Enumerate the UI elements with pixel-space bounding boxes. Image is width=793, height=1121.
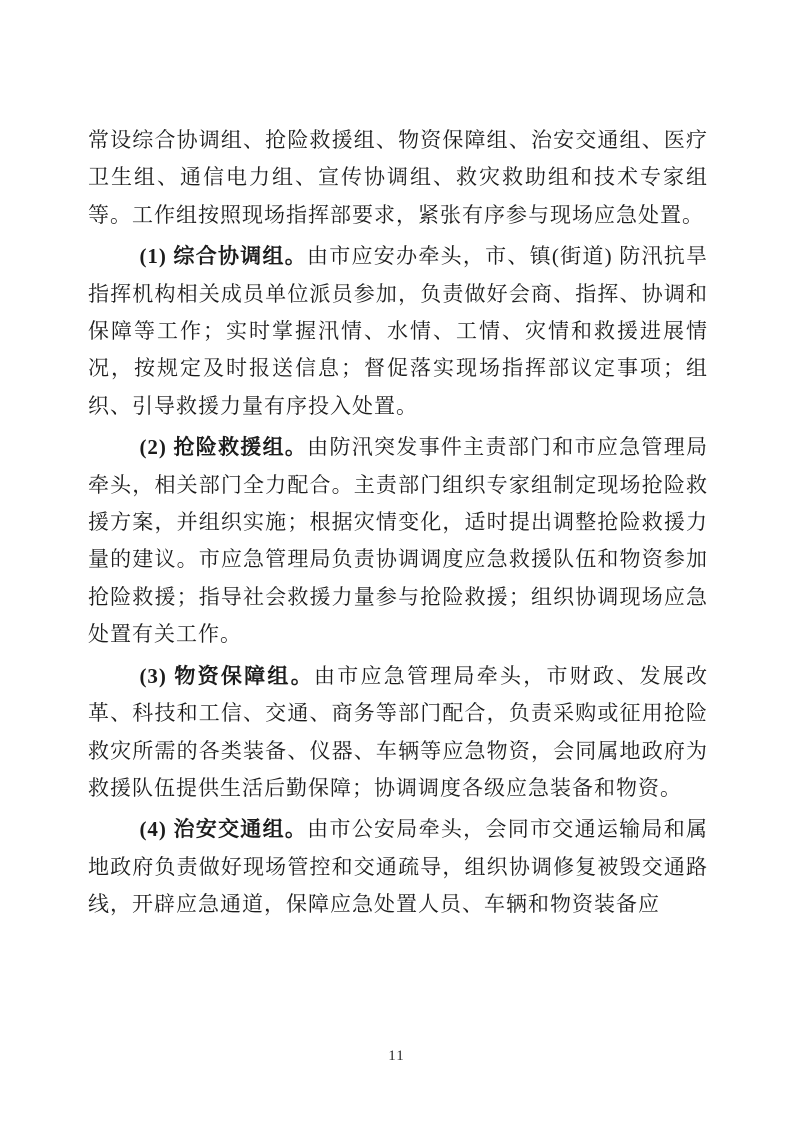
- document-body: 常设综合协调组、抢险救援组、物资保障组、治安交通组、医疗卫生组、通信电力组、宣传…: [88, 122, 708, 924]
- paragraph-heading: (2) 抢险救援组。: [139, 435, 307, 459]
- page-number: 11: [388, 1048, 404, 1064]
- paragraph-group-2: (2) 抢险救援组。由防汛突发事件主责部门和市应急管理局牵头，相关部门全力配合。…: [88, 429, 708, 653]
- document-page: 常设综合协调组、抢险救援组、物资保障组、治安交通组、医疗卫生组、通信电力组、宣传…: [0, 0, 793, 1121]
- paragraph-text: 由市应安办牵头，市、镇(街道) 防汛抗旱指挥机构相关成员单位派员参加，负责做好会…: [88, 244, 708, 418]
- paragraph-heading: (1) 综合协调组。: [139, 244, 307, 268]
- paragraph-text: 常设综合协调组、抢险救援组、物资保障组、治安交通组、医疗卫生组、通信电力组、宣传…: [88, 128, 708, 227]
- paragraph-text: 由防汛突发事件主责部门和市应急管理局牵头，相关部门全力配合。主责部门组织专家组制…: [88, 435, 708, 646]
- paragraph-group-4: (4) 治安交通组。由市公安局牵头，会同市交通运输局和属地政府负责做好现场管控和…: [88, 811, 708, 923]
- paragraph-continuation: 常设综合协调组、抢险救援组、物资保障组、治安交通组、医疗卫生组、通信电力组、宣传…: [88, 122, 708, 234]
- page-footer: 11: [0, 1047, 793, 1065]
- paragraph-heading: (3) 物资保障组。: [139, 664, 314, 688]
- paragraph-group-1: (1) 综合协调组。由市应安办牵头，市、镇(街道) 防汛抗旱指挥机构相关成员单位…: [88, 238, 708, 425]
- paragraph-heading: (4) 治安交通组。: [139, 817, 307, 841]
- paragraph-group-3: (3) 物资保障组。由市应急管理局牵头，市财政、发展改革、科技和工信、交通、商务…: [88, 658, 708, 808]
